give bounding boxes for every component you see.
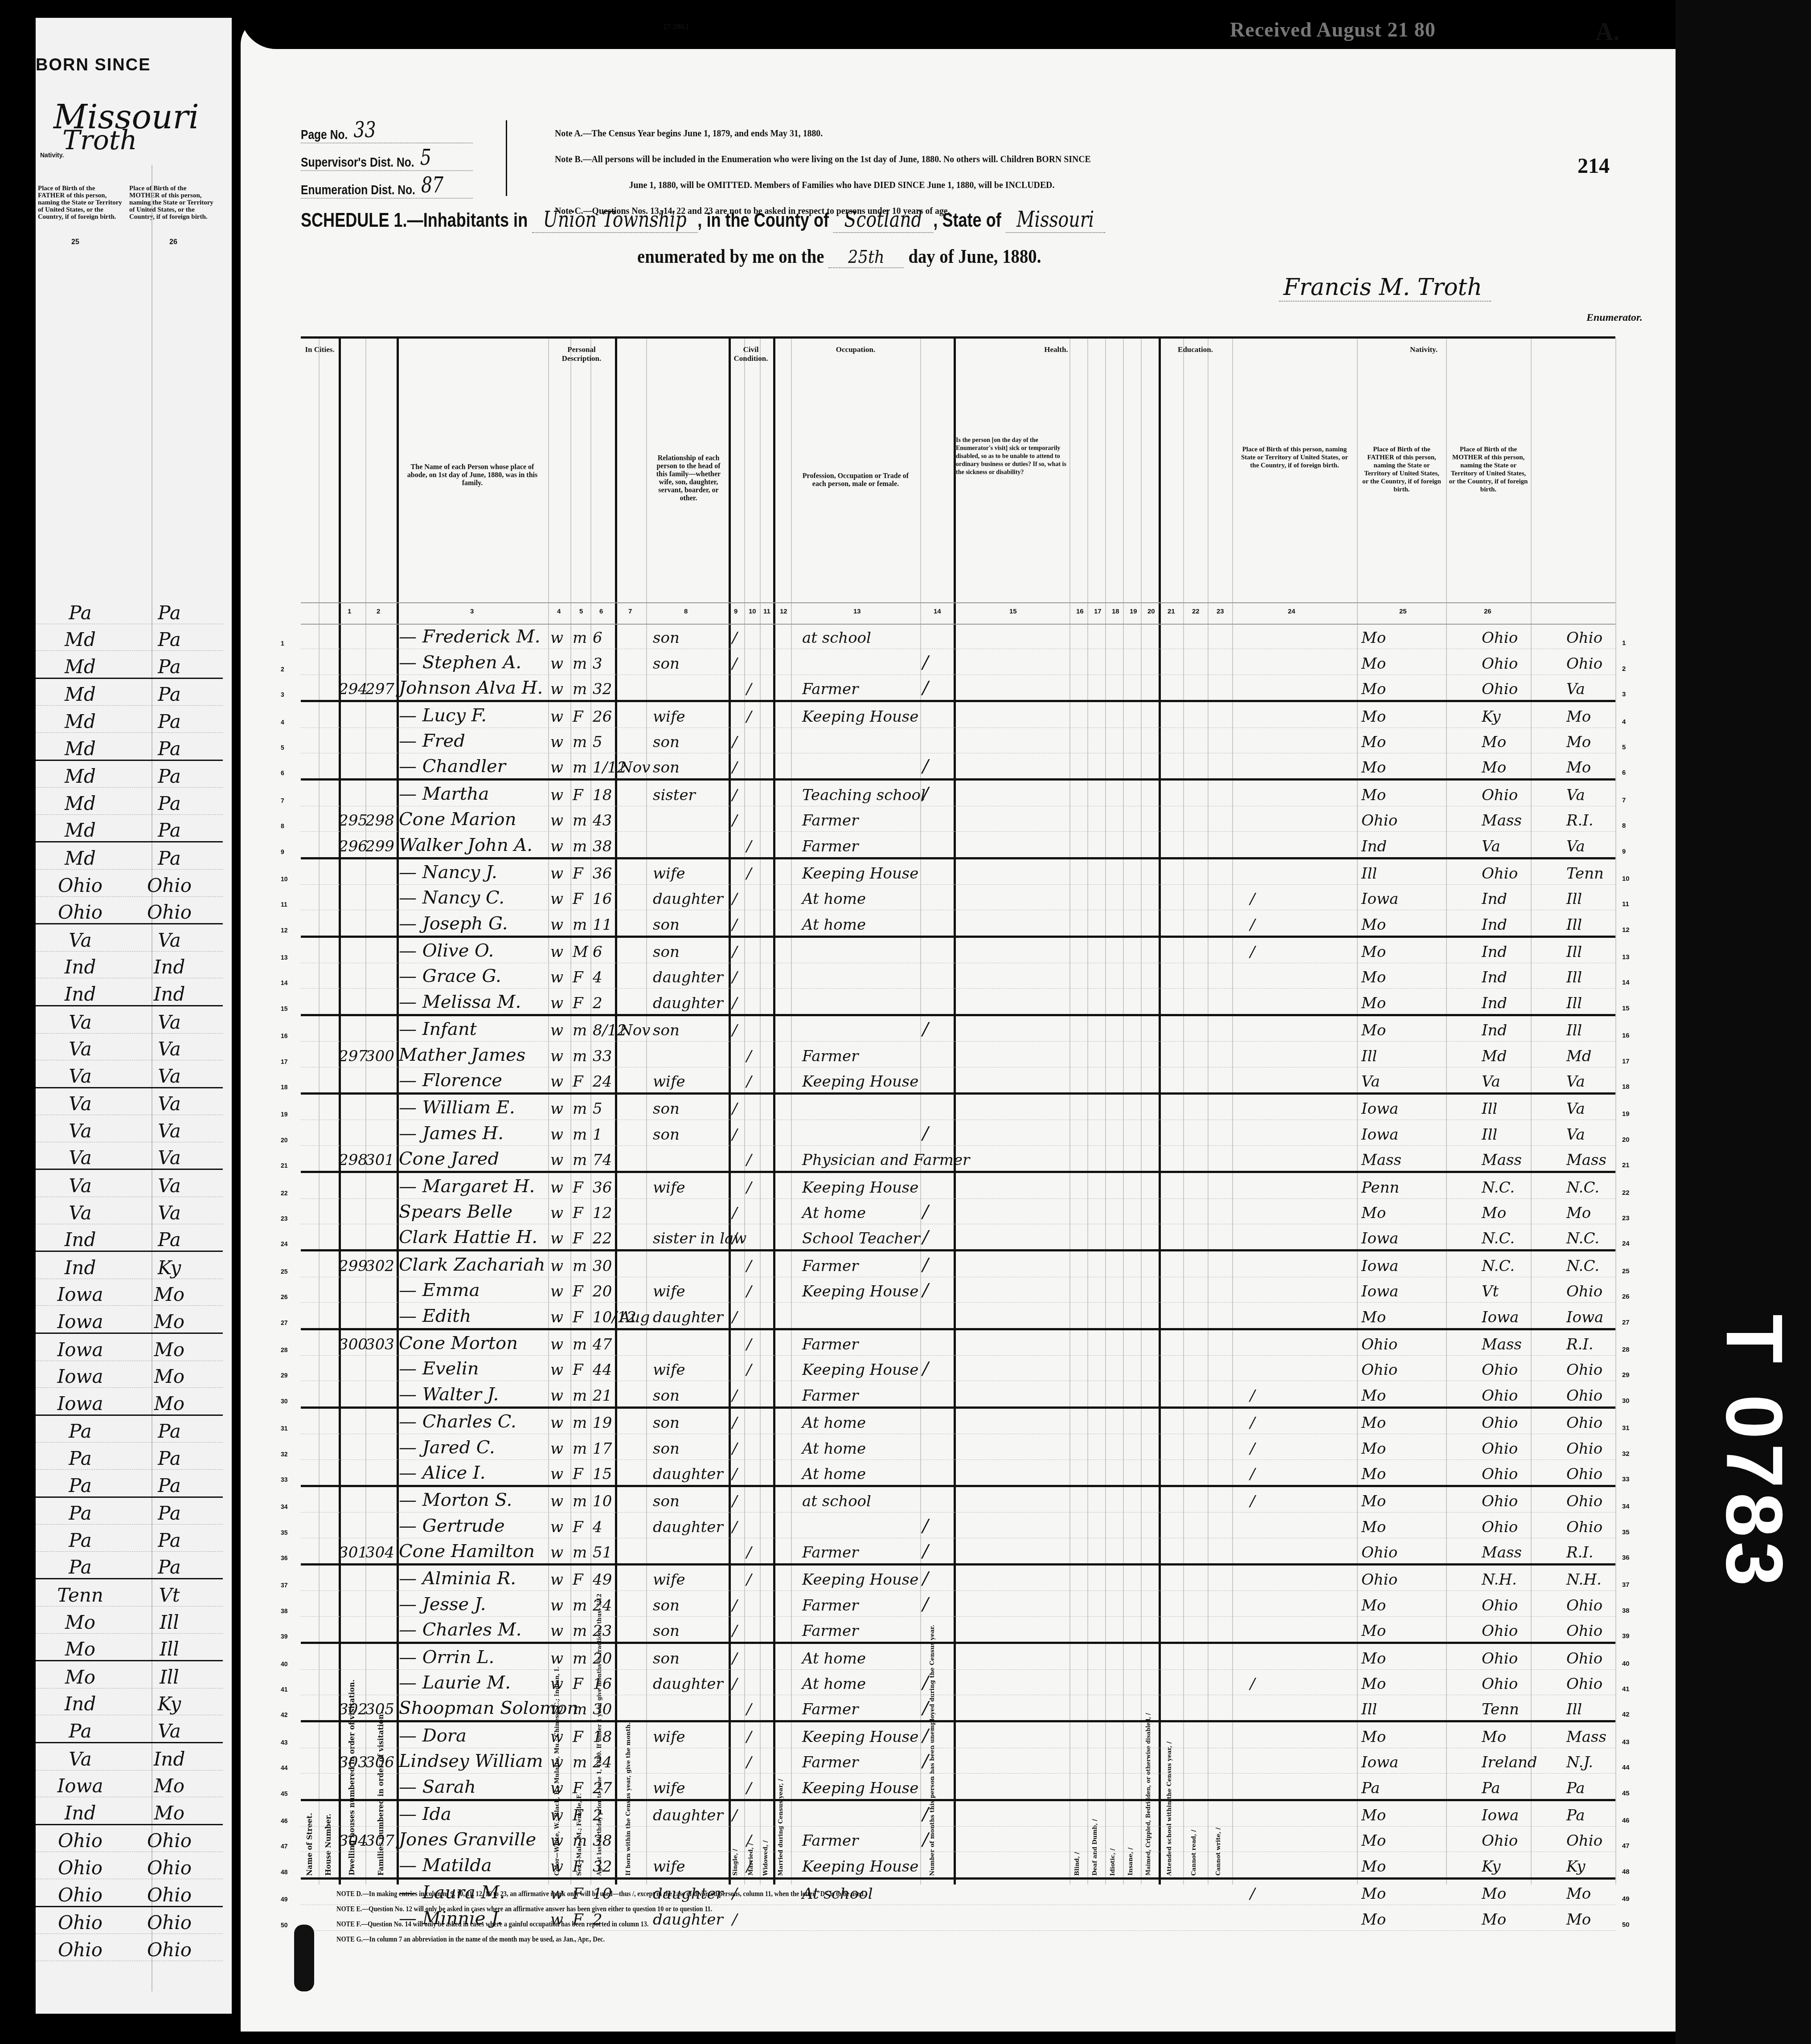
left-father-birthplace: Va xyxy=(36,1065,125,1087)
birthplace-value: Ill xyxy=(1361,1047,1377,1065)
left-nativity-row: PaPa xyxy=(36,1443,223,1470)
census-row: 3294297Johnson Alva H.wm32/Farmer/MoOhio… xyxy=(301,675,1615,702)
father-birthplace-value: Va xyxy=(1482,1073,1500,1091)
person-name: — Matilda xyxy=(399,1855,492,1876)
left-nativity-row: IndPa xyxy=(36,1224,223,1252)
father-birthplace-value: Ohio xyxy=(1482,1675,1518,1693)
line-number-right: 38 xyxy=(1622,1607,1630,1615)
birthplace-value: Iowa xyxy=(1361,890,1398,908)
relationship-value: daughter xyxy=(653,1465,723,1483)
left-nativity-row: VaVa xyxy=(36,1170,223,1197)
single-mark: / xyxy=(732,759,737,777)
birthplace-value: Mo xyxy=(1361,1728,1386,1746)
left-mother-birthplace: Pa xyxy=(125,1447,214,1469)
line-number: 26 xyxy=(281,1293,288,1300)
sex-value: m xyxy=(573,1022,587,1039)
line-number: 46 xyxy=(281,1817,288,1824)
birthplace-value: Iowa xyxy=(1361,1754,1398,1771)
unemployed-check-mark: / xyxy=(922,1019,928,1039)
sex-value: F xyxy=(573,1361,583,1379)
mother-birthplace-value: Mo xyxy=(1566,1885,1591,1903)
left-mother-birthplace: Pa xyxy=(125,1229,214,1251)
sex-value: m xyxy=(573,680,587,698)
occupation-value: Keeping House xyxy=(802,1179,918,1197)
sex-value: F xyxy=(573,1073,583,1091)
enumerator-signature: Francis M. Troth xyxy=(1279,274,1491,302)
census-row: 47304307Jones Granvillewm38/Farmer/MoOhi… xyxy=(301,1827,1615,1852)
person-name: — Morton S. xyxy=(399,1490,512,1510)
left-mother-birthplace: Mo xyxy=(125,1339,214,1361)
line-number-right: 4 xyxy=(1622,718,1626,726)
person-name: Walker John A. xyxy=(399,835,533,855)
relationship-value: wife xyxy=(653,1779,685,1797)
sheet-letter: A. xyxy=(1595,18,1619,46)
column-number: 3 xyxy=(470,608,474,615)
line-number: 45 xyxy=(281,1790,288,1797)
attended-school-mark: / xyxy=(1250,1387,1255,1405)
birthplace-value: Mo xyxy=(1361,786,1386,804)
father-birthplace-value: Ohio xyxy=(1482,1440,1518,1458)
person-name: Cone Hamilton xyxy=(399,1541,535,1562)
married-mark: / xyxy=(746,838,751,855)
occupation-value: At home xyxy=(802,1414,866,1432)
left-father-birthplace: Pa xyxy=(36,1556,125,1578)
mother-birthplace-value: Ill xyxy=(1566,890,1582,908)
column-number: 7 xyxy=(628,608,632,615)
left-father-birthplace: Pa xyxy=(36,1720,125,1742)
sex-value: F xyxy=(573,1675,583,1693)
color-value: w xyxy=(550,1597,563,1615)
sex-value: F xyxy=(573,1858,583,1876)
birthplace-value: Ill xyxy=(1361,865,1377,883)
left-father-birthplace: Ohio xyxy=(36,1830,125,1852)
mother-birthplace-value: Ill xyxy=(1566,994,1582,1012)
age-value: 5 xyxy=(593,733,602,751)
occupation-value: Farmer xyxy=(802,680,858,698)
single-mark: / xyxy=(732,1807,737,1824)
single-mark: / xyxy=(732,1387,737,1405)
father-birthplace-value: Mass xyxy=(1482,1151,1522,1169)
occupation-value: At home xyxy=(802,1650,866,1668)
unemployed-check-mark: / xyxy=(922,1829,928,1850)
attended-school-mark: / xyxy=(1250,890,1255,908)
left-father-birthplace: Md xyxy=(36,738,125,760)
occupation-value: Farmer xyxy=(802,1597,858,1615)
person-name: — Fred xyxy=(399,731,465,751)
column-number: 8 xyxy=(684,608,688,615)
column-number: 24 xyxy=(1288,608,1295,615)
married-mark: / xyxy=(746,708,751,726)
mother-birthplace-value: Ohio xyxy=(1566,1414,1602,1432)
relationship-value: son xyxy=(653,943,680,961)
left-father-birthplace: Ind xyxy=(36,1257,125,1279)
family-number: 301 xyxy=(365,1151,394,1169)
left-mother-birthplace: Pa xyxy=(125,819,214,841)
birthplace-value: Mo xyxy=(1361,1387,1386,1405)
birthplace-value: Mo xyxy=(1361,733,1386,751)
sex-value: F xyxy=(573,1308,583,1326)
age-value: 38 xyxy=(593,838,612,855)
single-mark: / xyxy=(732,1518,737,1536)
scan-top-shadow xyxy=(241,0,1680,49)
census-row: 30— Walter J.wm21son/Farmer/MoOhioOhio30 xyxy=(301,1381,1615,1408)
dwelling-number: 301 xyxy=(339,1544,368,1562)
line-number-right: 29 xyxy=(1622,1371,1630,1379)
left-nativity-row: PaPa xyxy=(36,1470,223,1498)
left-nativity-row: PaPa xyxy=(36,1552,223,1580)
line-number: 2 xyxy=(281,666,284,673)
father-birthplace-value: Mass xyxy=(1482,1336,1522,1353)
father-birthplace-value: Ky xyxy=(1482,708,1500,726)
left-father-birthplace: Ohio xyxy=(36,1912,125,1934)
father-birthplace-value: Ind xyxy=(1482,1022,1507,1039)
line-number: 10 xyxy=(281,875,288,883)
column-number: 14 xyxy=(934,608,941,615)
age-value: 11 xyxy=(593,916,612,934)
birthplace-value: Mo xyxy=(1361,1204,1386,1222)
married-mark: / xyxy=(746,1858,751,1876)
birthplace-value: Ind xyxy=(1361,838,1387,855)
line-number: 23 xyxy=(281,1215,288,1222)
single-mark: / xyxy=(732,1465,737,1483)
birthplace-value: Mo xyxy=(1361,1518,1386,1536)
census-row: 27— EdithwF10/12Augdaughter/MoIowaIowa27 xyxy=(301,1303,1615,1330)
left-mother-birthplace: Pa xyxy=(125,711,214,732)
left-nativity-row: VaVa xyxy=(36,1006,223,1034)
left-mother-birthplace: Va xyxy=(125,1038,214,1060)
father-birthplace-value: Ohio xyxy=(1482,1414,1518,1432)
left-mother-birthplace: Mo xyxy=(125,1365,214,1387)
color-value: w xyxy=(550,708,563,726)
column-number: 1 xyxy=(348,608,351,615)
relationship-value: son xyxy=(653,916,680,934)
census-row: 7— MarthawF18sister/Teaching school/MoOh… xyxy=(301,781,1615,806)
unemployed-check-mark: / xyxy=(922,1123,928,1144)
family-number: 302 xyxy=(365,1257,394,1275)
line-number: 39 xyxy=(281,1633,288,1640)
occupation-value: School Teacher xyxy=(802,1230,920,1247)
line-number: 4 xyxy=(281,719,284,726)
supervisor-line: Supervisor's Dist. No. 5 xyxy=(301,143,472,171)
occupation-value: At home xyxy=(802,1204,866,1222)
left-nativity-row: IowaMo xyxy=(36,1770,223,1798)
age-value: 16 xyxy=(593,890,612,908)
microfilm-roll-number: T 0783 xyxy=(1708,1314,1800,1590)
census-row: 31— Charles C.wm19son/At home/MoOhioOhio… xyxy=(301,1409,1615,1434)
father-birthplace-value: Ind xyxy=(1482,916,1507,934)
sex-value: F xyxy=(573,1179,583,1197)
note-b: Note B.—All persons will be included in … xyxy=(555,146,1091,172)
left-mother-birthplace: Mo xyxy=(125,1284,214,1305)
father-birthplace-value: Ill xyxy=(1482,1126,1497,1144)
line-number: 40 xyxy=(281,1660,288,1668)
unemployed-check-mark: / xyxy=(922,756,928,777)
left-nativity-row: MoIll xyxy=(36,1607,223,1634)
census-rows: 1— Frederick M.wm6son/at schoolMoOhioOhi… xyxy=(301,624,1615,1931)
left-nativity-row: PaPa xyxy=(36,1498,223,1525)
single-mark: / xyxy=(732,1675,737,1693)
mother-birthplace-value: Ohio xyxy=(1566,1622,1602,1640)
census-row: 22— Margaret H.wF36wife/Keeping HousePen… xyxy=(301,1173,1615,1198)
line-number-right: 18 xyxy=(1622,1083,1630,1091)
line-number-right: 11 xyxy=(1622,900,1629,908)
single-mark: / xyxy=(732,969,737,986)
occupation-value: At home xyxy=(802,1675,866,1693)
occupation-value: At home xyxy=(802,1465,866,1483)
mother-birthplace-value: Ohio xyxy=(1566,1465,1602,1483)
relationship-value: son xyxy=(653,1492,680,1510)
left-father-birthplace: Mo xyxy=(36,1666,125,1688)
left-nativity-row: MoIll xyxy=(36,1634,223,1662)
line-number: 6 xyxy=(281,769,284,777)
birthplace-value: Mo xyxy=(1361,969,1386,986)
relationship-value: wife xyxy=(653,1728,685,1746)
occupation-value: Keeping House xyxy=(802,1858,918,1876)
person-name: Clark Hattie H. xyxy=(399,1227,537,1247)
birth-month-value: Aug xyxy=(619,1308,650,1326)
page-no-value: 33 xyxy=(353,118,376,143)
unemployed-check-mark: / xyxy=(922,1280,928,1300)
census-row: 4— Lucy F.wF26wife/Keeping HouseMoKyMo4 xyxy=(301,702,1615,728)
line-number-right: 47 xyxy=(1622,1842,1630,1850)
person-name: — Joseph G. xyxy=(399,913,508,934)
color-value: w xyxy=(550,1571,563,1589)
single-mark: / xyxy=(732,890,737,908)
line-number: 11 xyxy=(281,901,287,908)
mother-birthplace-value: Va xyxy=(1566,1126,1585,1144)
sex-value: m xyxy=(573,1701,587,1718)
line-number-right: 10 xyxy=(1622,875,1630,883)
single-mark: / xyxy=(732,1100,737,1118)
color-value: w xyxy=(550,838,563,855)
person-name: Johnson Alva H. xyxy=(399,678,543,698)
left-mother-birthplace: Va xyxy=(125,1011,214,1033)
color-value: w xyxy=(550,812,563,830)
father-birthplace-value: Ohio xyxy=(1482,680,1518,698)
father-birthplace-value: Mo xyxy=(1482,1911,1506,1929)
birthplace-value: Mo xyxy=(1361,994,1386,1012)
birthplace-value: Iowa xyxy=(1361,1100,1398,1118)
left-mother-birthplace: Ohio xyxy=(125,875,214,896)
relationship-value: wife xyxy=(653,1179,685,1197)
left-father-birthplace: Md xyxy=(36,629,125,650)
column-number: 5 xyxy=(579,608,583,615)
schedule-prefix: SCHEDULE 1.—Inhabitants in xyxy=(301,209,528,231)
sex-value: M xyxy=(573,943,588,961)
left-father-birthplace: Iowa xyxy=(36,1365,125,1387)
person-name: — Alice I. xyxy=(399,1463,486,1483)
mother-birthplace-value: R.I. xyxy=(1566,1544,1594,1562)
education-group-header: Education. xyxy=(1159,345,1232,354)
census-row: 1— Frederick M.wm6son/at schoolMoOhioOhi… xyxy=(301,624,1615,649)
relationship-value: wife xyxy=(653,865,685,883)
line-number-right: 20 xyxy=(1622,1136,1630,1144)
age-value: 2 xyxy=(593,994,602,1012)
color-value: w xyxy=(550,1151,563,1169)
line-number: 29 xyxy=(281,1372,288,1379)
state-field: Missouri xyxy=(1006,207,1105,233)
married-mark: / xyxy=(746,1073,751,1091)
relationship-value: son xyxy=(653,629,680,647)
unemployed-check-mark: / xyxy=(922,1698,928,1718)
left-mother-birthplace: Va xyxy=(125,1093,214,1115)
left-father-birthplace: Md xyxy=(36,819,125,841)
attended-school-mark: / xyxy=(1250,1885,1255,1903)
person-name: — Walter J. xyxy=(399,1384,499,1405)
left-nativity-row: IowaMo xyxy=(36,1361,223,1388)
birthplace-value: Mo xyxy=(1361,1885,1386,1903)
census-row: 2— Stephen A.wm3son//MoOhioOhio2 xyxy=(301,649,1615,675)
line-number-right: 26 xyxy=(1622,1293,1630,1300)
left-father-birthplace: Iowa xyxy=(36,1311,125,1333)
census-row: 19— William E.wm5son/IowaIllVa19 xyxy=(301,1095,1615,1120)
census-row: 23Spears BellewF12/At home/MoMoMo23 xyxy=(301,1199,1615,1224)
person-name: — Ida xyxy=(399,1804,451,1824)
father-birthplace-value: Ind xyxy=(1482,943,1507,961)
census-table: In Cities. Name of Street. House Number.… xyxy=(301,336,1615,1885)
left-nativity-row: IndKy xyxy=(36,1252,223,1279)
line-number: 38 xyxy=(281,1607,288,1615)
left-father-birthplace: Va xyxy=(36,929,125,951)
left-father-birthplace: Md xyxy=(36,711,125,732)
person-name: — Edith xyxy=(399,1306,471,1326)
mother-birthplace-value: Md xyxy=(1566,1047,1592,1065)
person-name: Spears Belle xyxy=(399,1202,512,1222)
father-birthplace-value: Md xyxy=(1482,1047,1507,1065)
left-mother-birthplace: Ohio xyxy=(125,1912,214,1934)
father-birthplace-value: Ill xyxy=(1482,1100,1497,1118)
left-nativity-row: VaVa xyxy=(36,1060,223,1088)
column-number: 16 xyxy=(1076,608,1084,615)
enumeration-district-label: Enumeration Dist. No. xyxy=(301,183,415,198)
left-nativity-rows: PaPaMdPaMdPaMdPaMdPaMdPaMdPaMdPaMdPaMdPa… xyxy=(36,597,223,1961)
left-mother-birthplace: Pa xyxy=(125,738,214,760)
relationship-value: daughter xyxy=(653,969,723,986)
census-row: 40— Orrin L.wm20son/At homeMoOhioOhio40 xyxy=(301,1644,1615,1669)
attended-school-mark: / xyxy=(1250,1465,1255,1483)
age-value: 4 xyxy=(593,1518,602,1536)
mother-birthplace-value: N.J. xyxy=(1566,1754,1593,1771)
line-number-right: 33 xyxy=(1622,1476,1630,1483)
mother-birthplace-value: R.I. xyxy=(1566,1336,1594,1353)
scan-blot xyxy=(294,1925,314,1991)
married-mark: / xyxy=(746,1701,751,1718)
line-number: 20 xyxy=(281,1136,288,1144)
left-nativity-row: IowaMo xyxy=(36,1334,223,1361)
single-mark: / xyxy=(732,812,737,830)
relationship-value: daughter xyxy=(653,1675,723,1693)
married-mark: / xyxy=(746,1754,751,1771)
color-value: w xyxy=(550,1283,563,1300)
left-nativity-row: VaVa xyxy=(36,1115,223,1142)
birthplace-value: Ohio xyxy=(1361,812,1397,830)
left-mother-birthplace: Mo xyxy=(125,1311,214,1333)
color-value: w xyxy=(550,733,563,751)
occupation-value: Teaching school xyxy=(802,786,926,804)
left-nativity-row: VaVa xyxy=(36,924,223,952)
color-value: w xyxy=(550,1622,563,1640)
line-number-right: 48 xyxy=(1622,1868,1630,1876)
mother-birthplace-value: Mo xyxy=(1566,733,1591,751)
census-row: 38— Jesse J.wm24son/Farmer/MoOhioOhio38 xyxy=(301,1591,1615,1616)
mother-birthplace-value: Ill xyxy=(1566,916,1582,934)
mother-birthplace-value: Ohio xyxy=(1566,1283,1602,1300)
birthplace-value: Iowa xyxy=(1361,1230,1398,1247)
color-value: w xyxy=(550,1518,563,1536)
sex-value: F xyxy=(573,994,583,1012)
left-father-birthplace: Ind xyxy=(36,983,125,1005)
left-mother-birthplace: Ky xyxy=(125,1693,214,1715)
married-mark: / xyxy=(746,1544,751,1562)
relationship-value: son xyxy=(653,1126,680,1144)
single-mark: / xyxy=(732,1126,737,1144)
left-mother-birthplace: Ohio xyxy=(125,1857,214,1879)
left-father-birthplace: Va xyxy=(36,1748,125,1770)
column-number: 2 xyxy=(377,608,380,615)
schedule-title: SCHEDULE 1.—Inhabitants in Union Townshi… xyxy=(301,207,1105,233)
person-name: — Melissa M. xyxy=(399,992,521,1012)
sex-value: m xyxy=(573,1597,587,1615)
occupation-value: Farmer xyxy=(802,1387,858,1405)
left-mother-birthplace: Pa xyxy=(125,847,214,869)
color-value: w xyxy=(550,1230,563,1247)
left-nativity-row: MdPa xyxy=(36,651,223,679)
census-row: 13— Olive O.wM6son//MoIndIll13 xyxy=(301,938,1615,963)
line-number-right: 34 xyxy=(1622,1503,1630,1510)
left-father-birthplace: Md xyxy=(36,765,125,787)
left-nativity-row: IowaMo xyxy=(36,1388,223,1416)
unemployed-check-mark: / xyxy=(922,1804,928,1824)
age-value: 43 xyxy=(593,812,612,830)
age-value: 36 xyxy=(593,1179,612,1197)
relationship-value: sister xyxy=(653,786,696,804)
census-row: 46— IdawF2daughter//MoIowaPa46 xyxy=(301,1801,1615,1827)
color-value: w xyxy=(550,655,563,673)
note-d: NOTE D.—In making entries in columns 9, … xyxy=(336,1887,865,1902)
dwelling-number: 296 xyxy=(339,838,368,855)
line-number-right: 32 xyxy=(1622,1450,1630,1458)
line-number-right: 14 xyxy=(1622,979,1630,986)
left-col26-header: Place of Birth of the MOTHER of this per… xyxy=(129,185,214,221)
mother-birthplace-value: Mass xyxy=(1566,1151,1606,1169)
census-row: 43— DorawF18wife/Keeping House/MoMoMass4… xyxy=(301,1722,1615,1748)
dwelling-number: 297 xyxy=(339,1047,368,1065)
line-number: 5 xyxy=(281,744,284,751)
mother-birthplace-value: Mass xyxy=(1566,1728,1606,1746)
birthplace-value: Mo xyxy=(1361,1650,1386,1668)
sex-value: m xyxy=(573,1047,587,1065)
single-mark: / xyxy=(732,1022,737,1039)
age-value: 10 xyxy=(593,1492,612,1510)
color-value: w xyxy=(550,1047,563,1065)
line-number: 43 xyxy=(281,1739,288,1746)
birthplace-value: Penn xyxy=(1361,1179,1399,1197)
sex-value: m xyxy=(573,1440,587,1458)
left-father-birthplace: Va xyxy=(36,1175,125,1197)
line-number-right: 37 xyxy=(1622,1581,1630,1589)
left-father-birthplace: Ohio xyxy=(36,1884,125,1906)
age-value: 17 xyxy=(593,1440,612,1458)
birthplace-value: Ohio xyxy=(1361,1544,1397,1562)
birthplace-value: Mo xyxy=(1361,655,1386,673)
left-mother-birthplace: Mo xyxy=(125,1802,214,1824)
census-row: 28300303Cone Mortonwm47/FarmerOhioMassR.… xyxy=(301,1330,1615,1356)
mother-birthplace-value: Tenn xyxy=(1566,865,1604,883)
person-name: — Stephen A. xyxy=(399,652,521,673)
father-birthplace-value: Iowa xyxy=(1482,1807,1519,1824)
mother-birthplace-value: Va xyxy=(1566,786,1585,804)
sick-header: Is the person [on the day of the Enumera… xyxy=(956,437,1067,477)
